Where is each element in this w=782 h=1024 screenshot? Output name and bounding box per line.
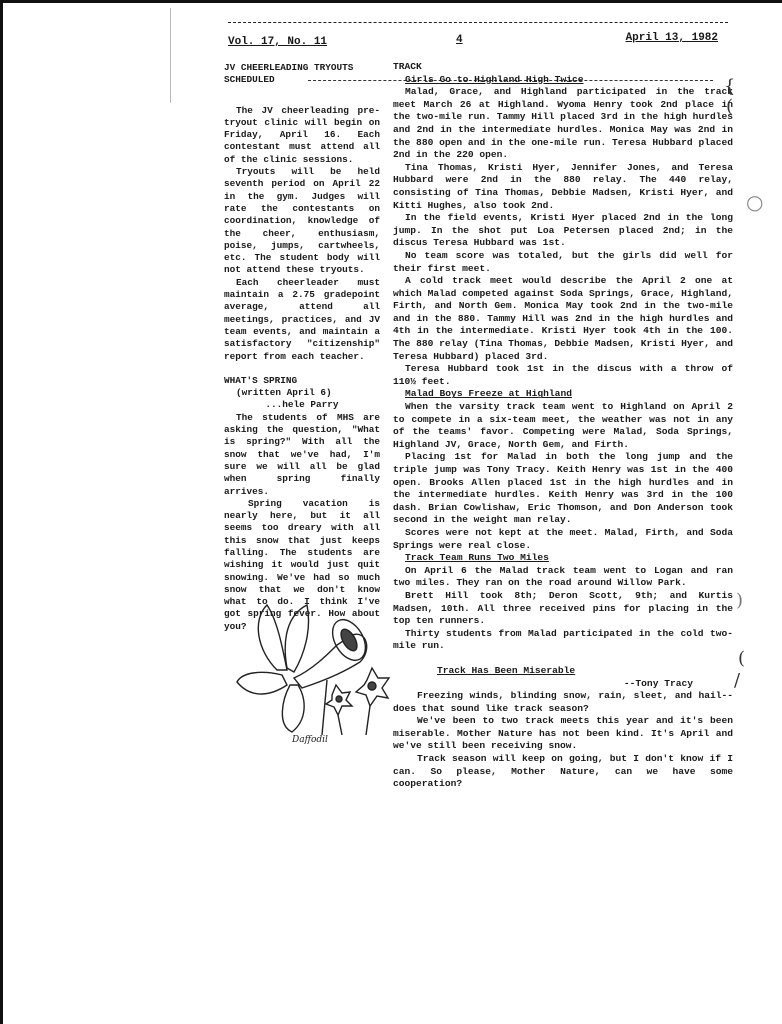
article-paragraph: Malad, Grace, and Highland participated …	[393, 86, 733, 162]
article-paragraph: Teresa Hubbard took 1st in the discus wi…	[393, 363, 733, 388]
article-headline: Malad Boys Freeze at Highland	[393, 388, 733, 401]
daffodil-illustration: Daffodil	[232, 600, 392, 745]
bracket-mark-icon: (	[738, 648, 745, 669]
article-headline: Track Has Been Miserable	[393, 665, 733, 678]
fold-line	[170, 8, 171, 103]
right-column: TRACK Girls Go to Highland High Twice Ma…	[393, 61, 733, 791]
article-paragraph: Freezing winds, blinding snow, rain, sle…	[393, 690, 733, 715]
bracket-mark-icon: /	[734, 670, 740, 691]
article-headline: Girls Go to Highland High Twice	[393, 74, 733, 87]
track-section-title: TRACK	[393, 61, 733, 74]
cheer-paragraph: Each cheerleader must maintain a 2.75 gr…	[224, 277, 380, 363]
article-paragraph: Brett Hill took 8th; Deron Scott, 9th; a…	[393, 590, 733, 628]
cheer-article: JV CHEERLEADING TRYOUTS SCHEDULED The JV…	[224, 62, 380, 363]
article-paragraph: In the field events, Kristi Hyer placed …	[393, 212, 733, 250]
cheer-paragraph: Tryouts will be held seventh period on A…	[224, 166, 380, 277]
article-paragraph: Track season will keep on going, but I d…	[393, 753, 733, 791]
paren-mark-icon: )	[736, 590, 743, 611]
article-paragraph: On April 6 the Malad track team went to …	[393, 565, 733, 590]
article-byline: --Tony Tracy	[393, 678, 733, 691]
article-paragraph: Tina Thomas, Kristi Hyer, Jennifer Jones…	[393, 162, 733, 212]
article-paragraph: No team score was totaled, but the girls…	[393, 250, 733, 275]
issue-date: April 13, 1982	[626, 32, 718, 44]
scan-top-edge	[0, 0, 782, 3]
track-article-boys: Malad Boys Freeze at Highland When the v…	[393, 388, 733, 552]
article-paragraph: A cold track meet would describe the Apr…	[393, 275, 733, 363]
cheer-headline-1: JV CHEERLEADING TRYOUTS	[224, 62, 380, 74]
scan-left-edge	[0, 0, 3, 1024]
article-paragraph: Placing 1st for Malad in both the long j…	[393, 451, 733, 527]
article-paragraph: Thirty students from Malad participated …	[393, 628, 733, 653]
bracket-mark-icon: (	[726, 96, 733, 117]
spring-subtitle: (written April 6)	[224, 387, 380, 399]
spring-paragraph: The students of MHS are asking the quest…	[224, 412, 380, 498]
article-paragraph: We've been to two track meets this year …	[393, 715, 733, 753]
left-column: JV CHEERLEADING TRYOUTS SCHEDULED The JV…	[224, 62, 380, 633]
track-article-miserable: Track Has Been Miserable --Tony Tracy Fr…	[393, 665, 733, 791]
spring-byline: ...hele Parry	[224, 399, 380, 411]
daffodil-drawing-icon	[237, 605, 389, 735]
spring-article: WHAT'S SPRING (written April 6) ...hele …	[224, 375, 380, 633]
track-article-two-miles: Track Team Runs Two Miles On April 6 the…	[393, 552, 733, 653]
article-paragraph: Scores were not kept at the meet. Malad,…	[393, 527, 733, 552]
volume-number: Vol. 17, No. 11	[228, 36, 327, 48]
article-headline: Track Team Runs Two Miles	[393, 552, 733, 565]
illustration-caption: Daffodil	[291, 735, 328, 745]
bracket-mark-icon: {	[724, 76, 735, 97]
spring-headline: WHAT'S SPRING	[224, 375, 380, 387]
cheer-paragraph: The JV cheerleading pre-tryout clinic wi…	[224, 105, 380, 166]
article-paragraph: When the varsity track team went to High…	[393, 401, 733, 451]
top-dashed-rule	[228, 22, 728, 23]
circle-mark-icon: ○	[746, 190, 763, 214]
track-article-girls: Girls Go to Highland High Twice Malad, G…	[393, 74, 733, 389]
newsletter-header: Vol. 17, No. 11 4 April 13, 1982	[228, 30, 728, 50]
cheer-headline-2: SCHEDULED	[224, 74, 380, 86]
page-number: 4	[456, 34, 463, 46]
